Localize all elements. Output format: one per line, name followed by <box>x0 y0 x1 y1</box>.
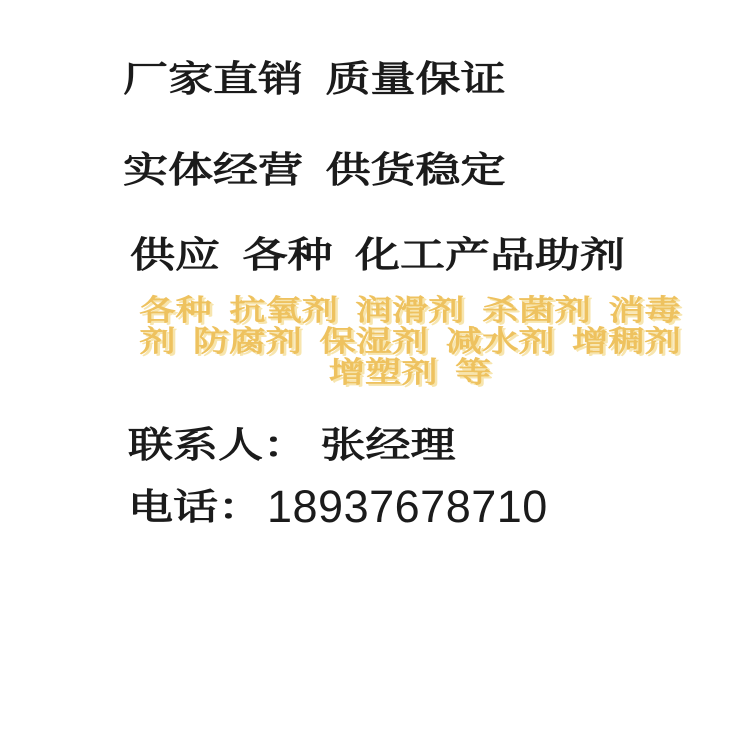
product-list-line-1: 各种 抗氧剂 润滑剂 杀菌剂 消毒 <box>139 296 681 327</box>
phone-label: 电话： <box>128 488 263 526</box>
headline-supply-additives: 供应 各种 化工产品助剂 <box>130 236 625 274</box>
contact-person-line: 联系人：张经理 <box>128 426 456 464</box>
promo-flyer: 厂家直销 质量保证 实体经营 供货稳定 供应 各种 化工产品助剂 各种 抗氧剂 … <box>0 0 750 750</box>
product-list-line-2: 剂 防腐剂 保湿剂 减水剂 增稠剂 <box>139 327 681 358</box>
product-additives-list: 各种 抗氧剂 润滑剂 杀菌剂 消毒 剂 防腐剂 保湿剂 减水剂 增稠剂 增塑剂 … <box>139 296 681 389</box>
headline-factory-direct: 厂家直销 质量保证 <box>123 60 506 98</box>
headline-stable-supply: 实体经营 供货稳定 <box>123 151 506 189</box>
contact-person-name: 张经理 <box>321 424 456 465</box>
product-list-line-3: 增塑剂 等 <box>139 358 681 389</box>
phone-number: 18937678710 <box>267 484 548 529</box>
contact-person-label: 联系人： <box>128 424 308 465</box>
